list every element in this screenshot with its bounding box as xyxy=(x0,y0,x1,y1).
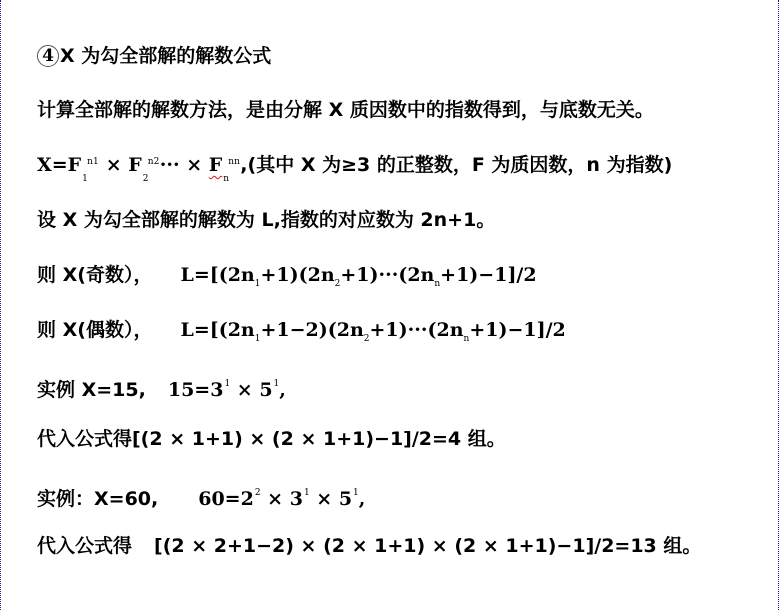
intro-paragraph: 计算全部解的解数方法，是由分解 X 质因数中的指数得到，与底数无关。 xyxy=(37,98,654,122)
odd-case-formula: 则 X(奇数），L=[(2n1+1)(2n2+1)···(2nn+1)−1]/2 xyxy=(37,263,537,296)
example-2-result: 代入公式得[(2 × 2+1−2) × (2 × 1+1) × (2 × 1+1… xyxy=(37,534,701,558)
example-2: 实例：X=60,60=22 × 31 × 51, xyxy=(37,481,365,511)
section-heading: 4X 为勾全部解的解数公式 xyxy=(37,44,271,68)
page-border-right xyxy=(778,0,779,610)
heading-text: X 为勾全部解的解数公式 xyxy=(60,45,271,67)
factorization-note: ,(其中 X 为≥3 的正整数，F 为质因数，n 为指数) xyxy=(240,154,672,176)
example-1-result: 代入公式得[(2 × 1+1) × (2 × 1+1)−1]/2=4 组。 xyxy=(37,427,506,451)
even-case-formula: 则 X(偶数），L=[(2n1+1−2)(2n2+1)···(2nn+1)−1]… xyxy=(37,318,566,351)
spellcheck-underline: Fnnn xyxy=(209,154,241,176)
circled-number-icon: 4 xyxy=(37,45,59,67)
factorization-formula: X=F1n1 × F2n2··· × Fnnn,(其中 X 为≥3 的正整数，F… xyxy=(37,153,672,177)
page-border-left xyxy=(0,0,1,610)
example-1: 实例 X=15,15=31 × 51, xyxy=(37,372,286,402)
definition-line: 设 X 为勾全部解的解数为 L,指数的对应数为 2n+1。 xyxy=(37,208,495,232)
